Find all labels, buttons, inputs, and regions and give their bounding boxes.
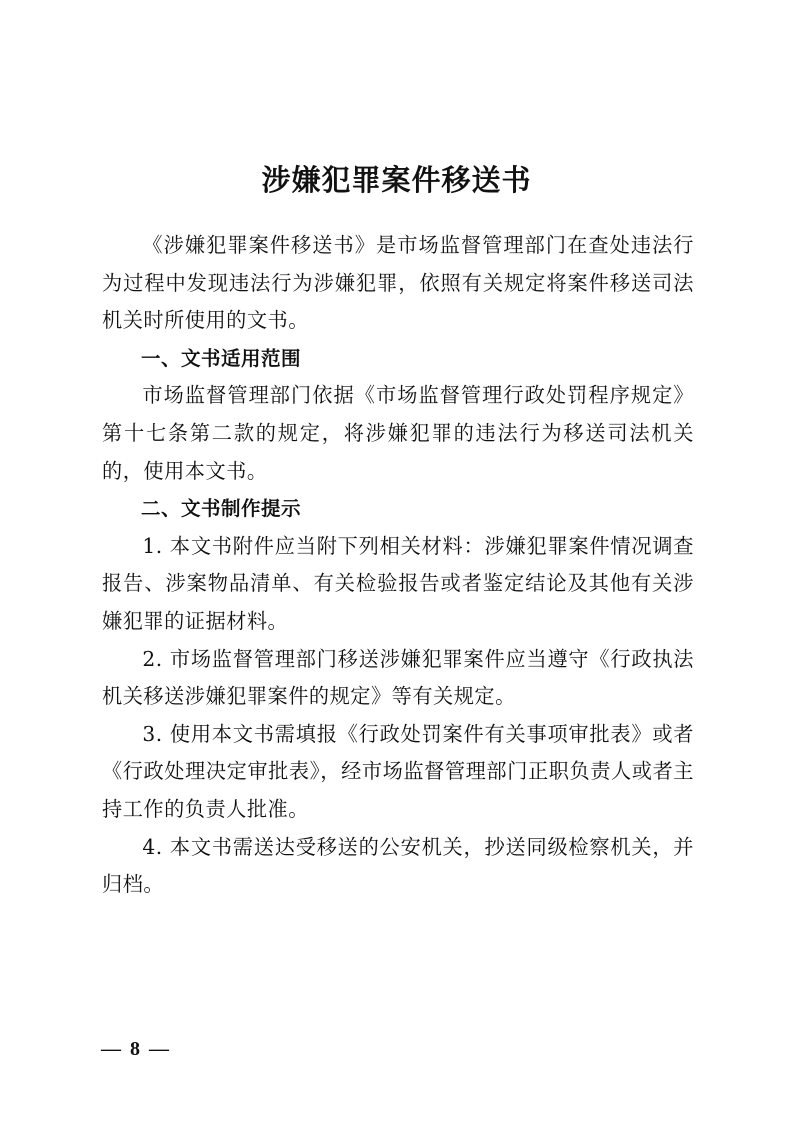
page-number: — 8 —	[101, 1038, 171, 1061]
tip-item-4: 4. 本文书需送达受移送的公安机关，抄送同级检察机关，并归档。	[102, 829, 694, 904]
scope-paragraph: 市场监督管理部门依据《市场监督管理行政处罚程序规定》第十七条第二款的规定，将涉嫌…	[102, 377, 694, 490]
document-body: 《涉嫌犯罪案件移送书》是市场监督管理部门在查处违法行为过程中发现违法行为涉嫌犯罪…	[102, 227, 694, 904]
section-heading-tips: 二、文书制作提示	[102, 490, 694, 528]
tip-item-1: 1. 本文书附件应当附下列相关材料：涉嫌犯罪案件情况调查报告、涉案物品清单、有关…	[102, 528, 694, 641]
section-heading-scope: 一、文书适用范围	[102, 340, 694, 378]
document-title: 涉嫌犯罪案件移送书	[0, 160, 793, 200]
tip-item-3: 3. 使用本文书需填报《行政处罚案件有关事项审批表》或者《行政处理决定审批表》，…	[102, 716, 694, 829]
document-page: 涉嫌犯罪案件移送书 《涉嫌犯罪案件移送书》是市场监督管理部门在查处违法行为过程中…	[0, 0, 793, 1122]
tip-item-2: 2. 市场监督管理部门移送涉嫌犯罪案件应当遵守《行政执法机关移送涉嫌犯罪案件的规…	[102, 641, 694, 716]
intro-paragraph: 《涉嫌犯罪案件移送书》是市场监督管理部门在查处违法行为过程中发现违法行为涉嫌犯罪…	[102, 227, 694, 340]
